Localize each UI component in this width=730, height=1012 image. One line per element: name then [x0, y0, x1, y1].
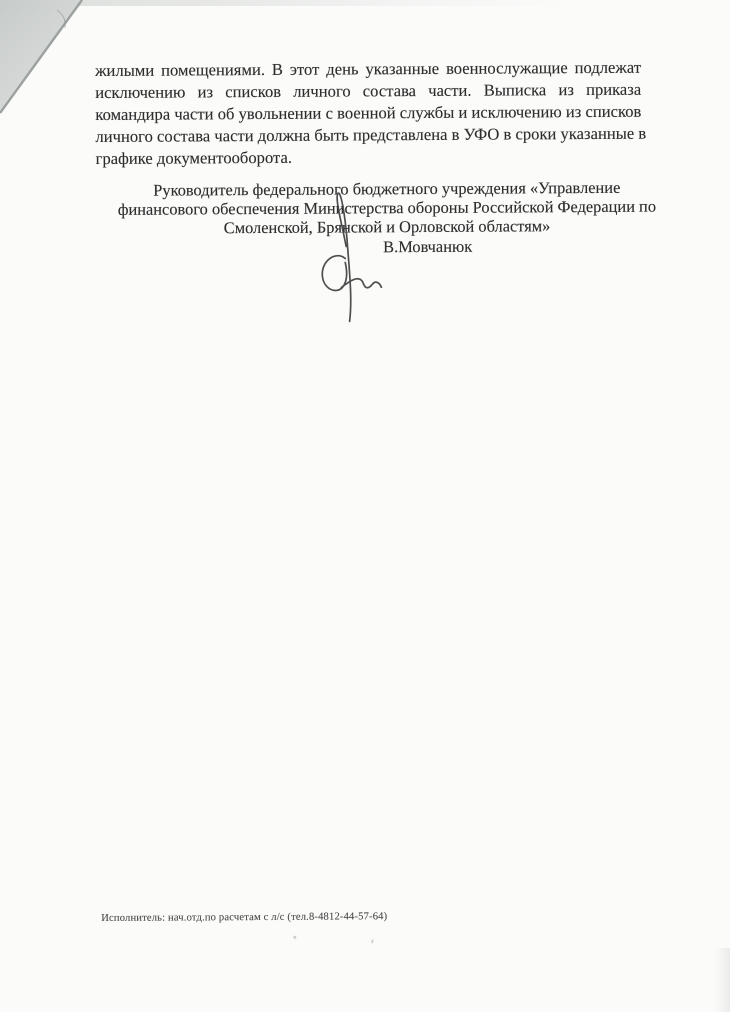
paragraph-line: графике документооборота. — [96, 145, 642, 170]
executor-note: Исполнитель: нач.отд.по расчетам с л/с (… — [101, 911, 387, 924]
paragraph-line: личного состава части должна быть предст… — [95, 123, 641, 148]
scan-speck — [293, 935, 297, 939]
body-paragraph: жилыми помещениями. В этот день указанны… — [95, 57, 642, 170]
scan-smudge — [714, 948, 730, 1012]
scanned-document-page: жилыми помещениями. В этот день указанны… — [0, 0, 730, 1012]
handwritten-signature — [306, 188, 397, 334]
scan-speck — [371, 939, 374, 943]
document-content: жилыми помещениями. В этот день указанны… — [0, 0, 730, 1012]
